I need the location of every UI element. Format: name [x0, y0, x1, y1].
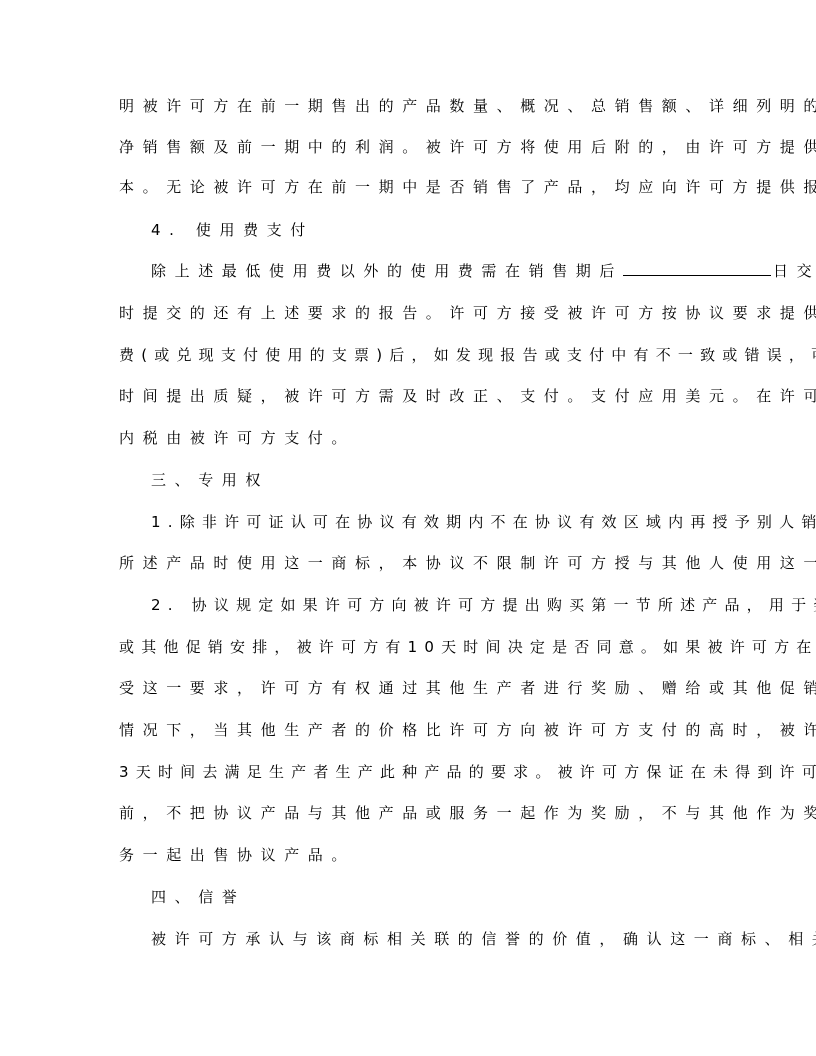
paragraph-line: 时提交的还有上述要求的报告。许可方接受被许可方按协议要求提供的报告和使用	[119, 303, 816, 323]
paragraph-line: 2. 协议规定如果许可方向被许可方提出购买第一节所述产品，用于奖励、赠给	[151, 595, 816, 615]
paragraph-line: 情况下，当其他生产者的价格比许可方向被许可方支付的高时，被许可方有	[119, 720, 816, 740]
paragraph-line: 被许可方承认与该商标相关联的信誉的价值，确认这一商标、相关权力及与该	[151, 929, 816, 949]
paragraph-line: 受这一要求，许可方有权通过其他生产者进行奖励、赠给或其他促销安排。在这种	[119, 678, 816, 698]
paragraph-line: 本。无论被许可方在前一期中是否销售了产品，均应向许可方提供报告。	[119, 177, 816, 197]
paragraph-line: 务一起出售协议产品。	[119, 845, 355, 865]
section-heading-payment: 4. 使用费支付	[151, 220, 314, 240]
section-heading-exclusive-rights: 三、专用权	[151, 470, 269, 490]
paragraph-line-with-blank: 除上述最低使用费以外的使用费需在销售期后日交付,同	[151, 261, 816, 281]
paragraph-line: 内税由被许可方支付。	[119, 428, 355, 448]
text-after-blank: 日交付,同	[773, 262, 816, 280]
paragraph-line: 或其他促销安排，被许可方有10天时间决定是否同意。如果被许可方在10天内未接	[119, 637, 816, 657]
paragraph-line: 3天时间去满足生产者生产此种产品的要求。被许可方保证在未得到许可方书面同意	[119, 762, 816, 782]
document-page: 明被许可方在前一期售出的产品数量、概况、总销售额、详细列明的总销售额折扣、 净销…	[0, 0, 816, 1056]
section-heading-goodwill: 四、信誉	[151, 887, 245, 907]
paragraph-line: 明被许可方在前一期售出的产品数量、概况、总销售额、详细列明的总销售额折扣、	[119, 96, 816, 116]
text-before-blank: 除上述最低使用费以外的使用费需在销售期后	[151, 262, 623, 280]
paragraph-line: 时间提出质疑，被许可方需及时改正、支付。支付应用美元。在许可地内的应缴国	[119, 386, 816, 406]
paragraph-line: 费(或兑现支付使用的支票)后，如发现报告或支付中有不一致或错误，可以在任何	[119, 345, 816, 365]
paragraph-line: 所述产品时使用这一商标，本协议不限制许可方授与其他人使用这一商标的权力。	[119, 553, 816, 573]
paragraph-line: 1.除非许可证认可在协议有效期内不在协议有效区域内再授予别人销售第一节	[151, 512, 816, 532]
paragraph-line: 前，不把协议产品与其他产品或服务一起作为奖励，不与其他作为奖励的产品或服	[119, 803, 816, 823]
fill-in-blank	[623, 261, 771, 276]
paragraph-line: 净销售额及前一期中的利润。被许可方将使用后附的，由许可方提供给其的报告样	[119, 137, 816, 157]
